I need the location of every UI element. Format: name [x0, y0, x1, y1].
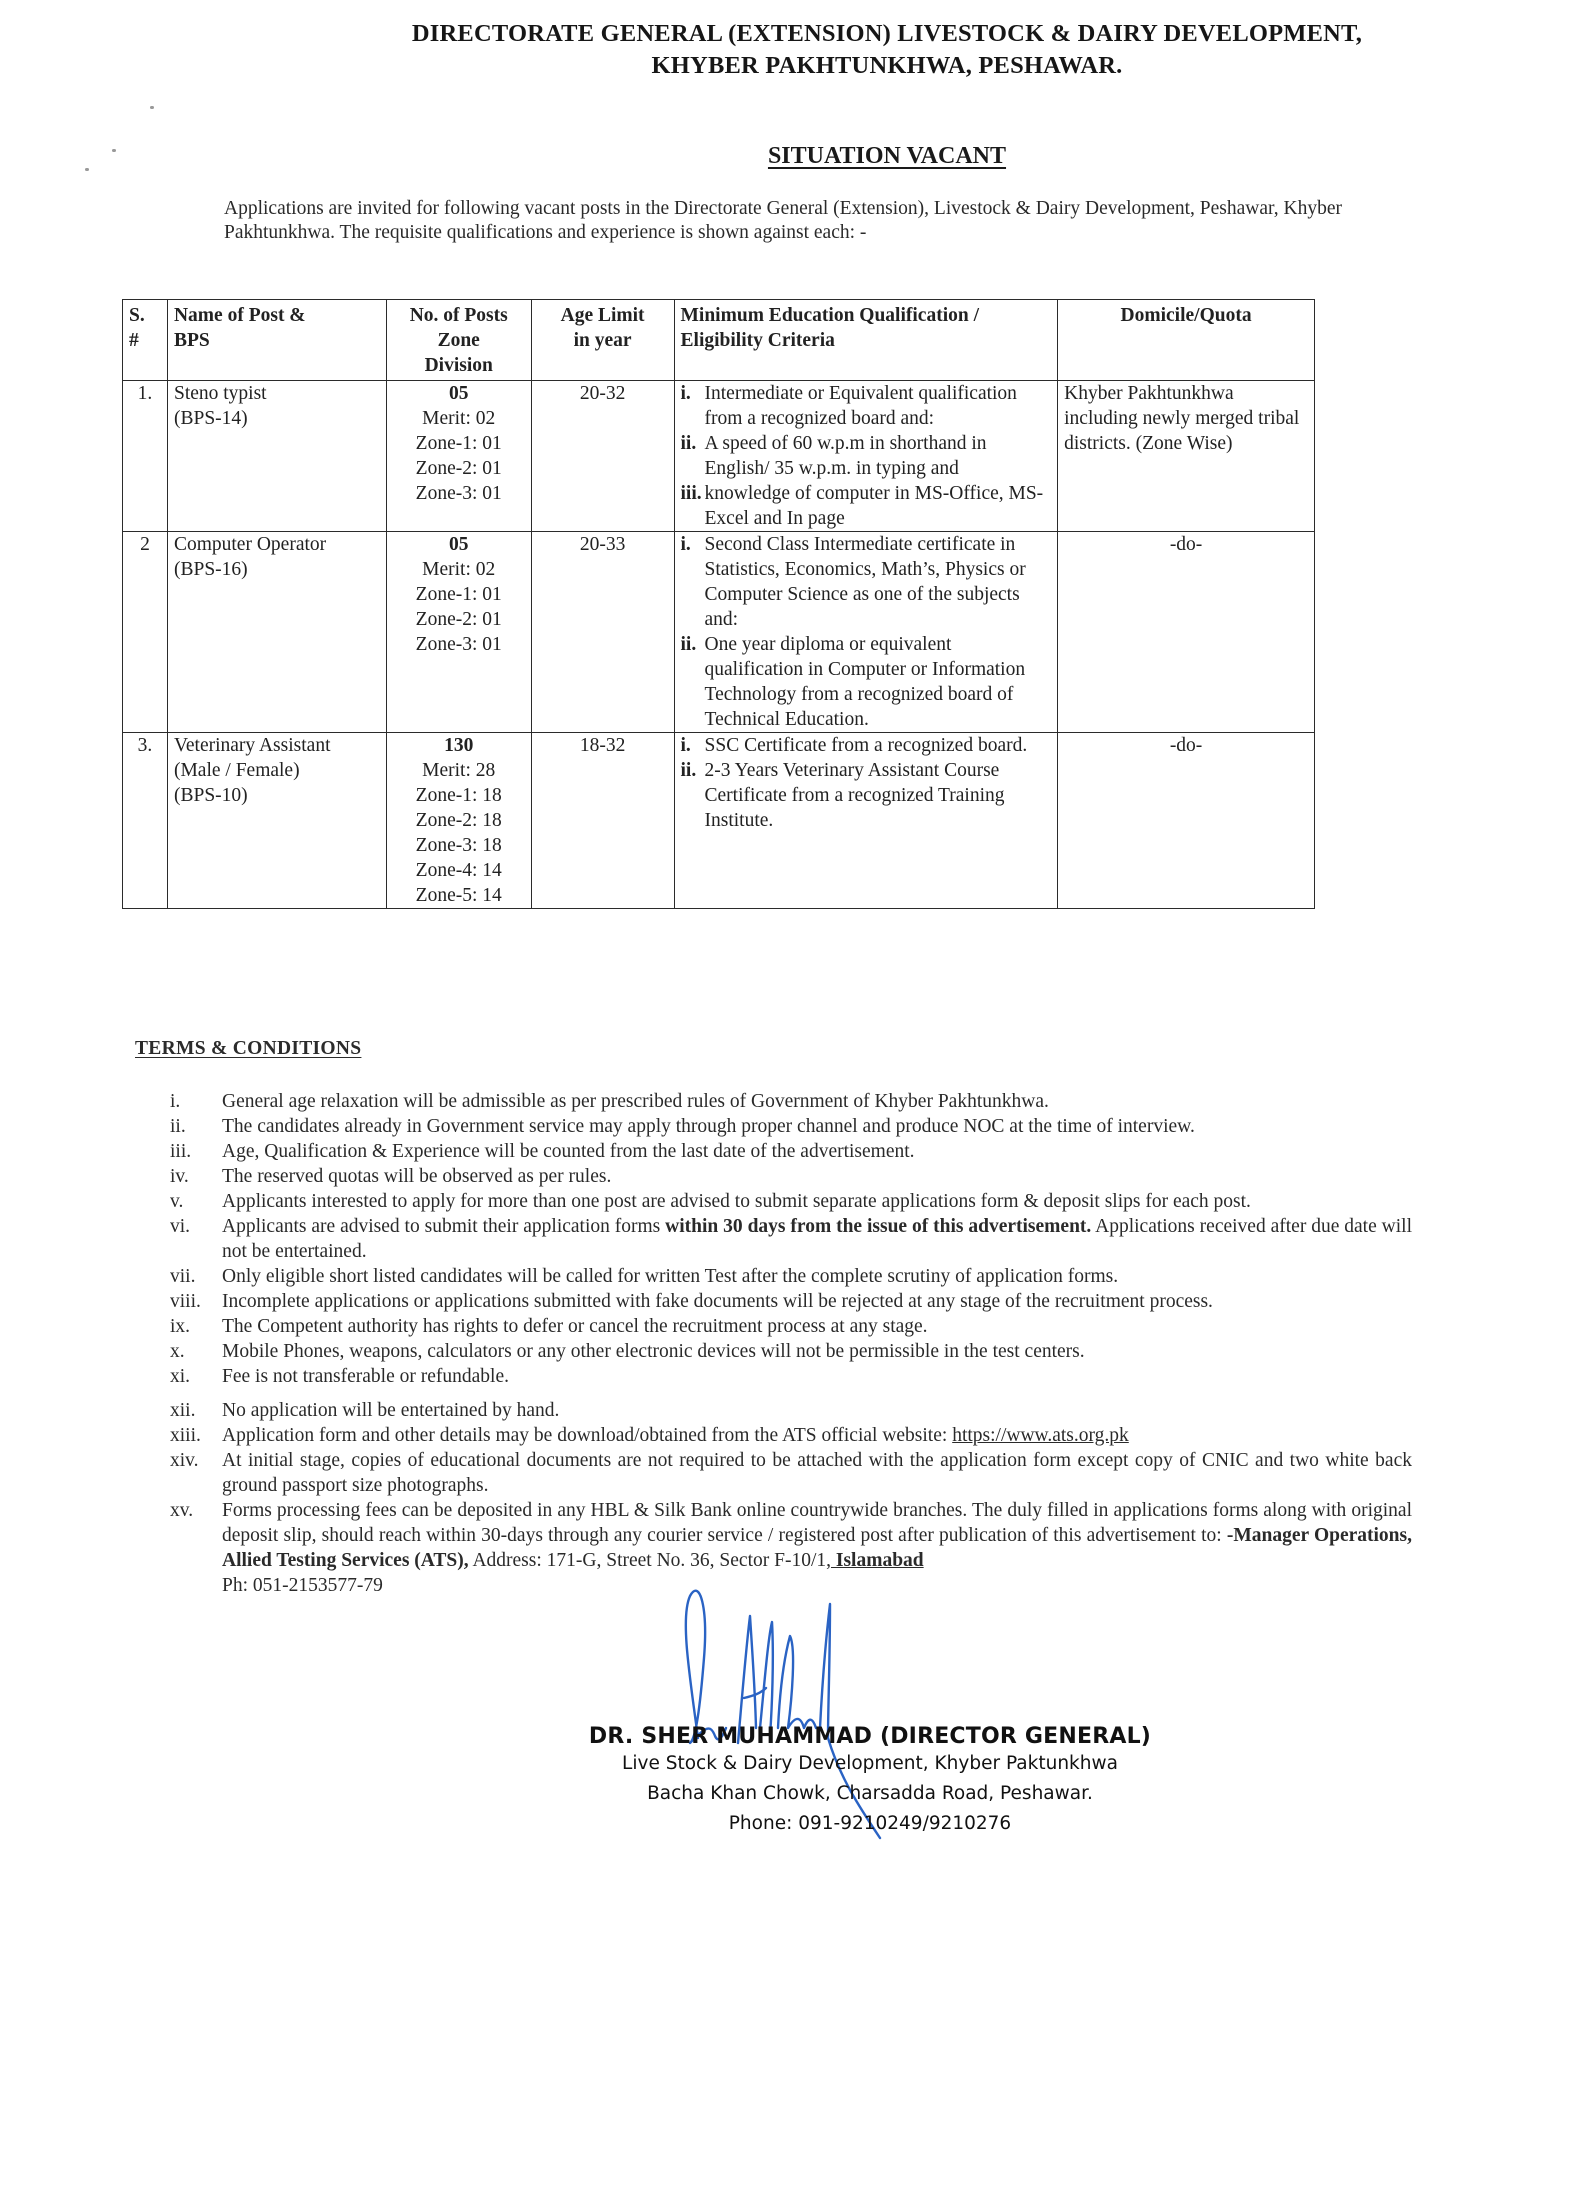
term-text-bold: within 30 days from the issue of this ad… — [665, 1216, 1091, 1237]
term-number: vi. — [170, 1214, 222, 1264]
education-criterion: i.SSC Certificate from a recognized boar… — [681, 733, 1052, 758]
term-text: The reserved quotas will be observed as … — [222, 1164, 1412, 1189]
header-post-name: Name of Post &BPS — [167, 300, 386, 381]
term-text-part: Age, Qualification & Experience will be … — [222, 1141, 915, 1162]
cell-domicile: -do- — [1058, 733, 1315, 909]
term-text-part: Only eligible short listed candidates wi… — [222, 1266, 1118, 1287]
term-number: xiv. — [170, 1448, 222, 1498]
cell-sno: 1. — [123, 381, 168, 532]
table-row: 3.Veterinary Assistant(Male / Female)(BP… — [123, 733, 1315, 909]
header-age-limit: Age Limitin year — [531, 300, 674, 381]
criterion-text: One year diploma or equivalent qualifica… — [705, 634, 1026, 730]
term-text: Fee is not transferable or refundable. — [222, 1364, 1412, 1389]
term-text: At initial stage, copies of educational … — [222, 1448, 1412, 1498]
term-item: xiii.Application form and other details … — [170, 1423, 1412, 1448]
term-text: Applicants are advised to submit their a… — [222, 1214, 1412, 1264]
page-title: SITUATION VACANT — [90, 143, 1594, 170]
post-name-line: Computer Operator — [174, 532, 380, 557]
organization-title: DIRECTORATE GENERAL (EXTENSION) LIVESTOC… — [90, 20, 1594, 48]
signatory-phone: Phone: 091-9210249/9210276 — [560, 1809, 1180, 1839]
cell-posts: 05Merit: 02Zone-1: 01Zone-2: 01Zone-3: 0… — [386, 532, 531, 733]
criterion-text: 2-3 Years Veterinary Assistant Course Ce… — [705, 760, 1005, 831]
scan-speck — [150, 106, 154, 109]
criterion-text: A speed of 60 w.p.m in shorthand in Engl… — [705, 433, 987, 479]
cell-sno: 2 — [123, 532, 168, 733]
header-posts: No. of PostsZoneDivision — [386, 300, 531, 381]
term-number: vii. — [170, 1264, 222, 1289]
cell-domicile: -do- — [1058, 532, 1315, 733]
criterion-number: ii. — [681, 632, 705, 657]
posts-breakdown-line: Zone-2: 18 — [393, 808, 525, 833]
situation-vacant-heading: SITUATION VACANT — [768, 143, 1006, 169]
education-criterion: ii.One year diploma or equivalent qualif… — [681, 632, 1052, 732]
post-name-line: (Male / Female) — [174, 758, 380, 783]
signatory-department: Live Stock & Dairy Development, Khyber P… — [560, 1749, 1180, 1779]
term-number: i. — [170, 1089, 222, 1114]
term-number: ii. — [170, 1114, 222, 1139]
term-text-part: At initial stage, copies of educational … — [222, 1450, 1412, 1496]
education-criterion: ii.A speed of 60 w.p.m in shorthand in E… — [681, 431, 1052, 481]
criterion-text: Intermediate or Equivalent qualification… — [705, 383, 1017, 429]
signatory-name: DR. SHER MUHAMMAD (DIRECTOR GENERAL) — [560, 1724, 1180, 1749]
term-number: v. — [170, 1189, 222, 1214]
term-item: xi.Fee is not transferable or refundable… — [170, 1364, 1412, 1389]
term-item: i.General age relaxation will be admissi… — [170, 1089, 1412, 1114]
posts-breakdown-line: Zone-3: 01 — [393, 632, 525, 657]
header-education: Minimum Education Qualification /Eligibi… — [674, 300, 1058, 381]
cell-domicile: Khyber Pakhtunkhwa including newly merge… — [1058, 381, 1315, 532]
term-text-part: The reserved quotas will be observed as … — [222, 1166, 611, 1187]
term-text: No application will be entertained by ha… — [222, 1398, 1412, 1423]
term-text-part: The Competent authority has rights to de… — [222, 1316, 928, 1337]
posts-breakdown-line: Merit: 02 — [393, 406, 525, 431]
criterion-text: Second Class Intermediate certificate in… — [705, 534, 1026, 630]
posts-breakdown-line: Zone-4: 14 — [393, 858, 525, 883]
term-text: Only eligible short listed candidates wi… — [222, 1264, 1412, 1289]
post-name-line: Steno typist — [174, 381, 380, 406]
term-text: Incomplete applications or applications … — [222, 1289, 1412, 1314]
table-row: 1.Steno typist(BPS-14)05Merit: 02Zone-1:… — [123, 381, 1315, 532]
post-name-line: (BPS-10) — [174, 783, 380, 808]
criterion-text: SSC Certificate from a recognized board. — [705, 735, 1028, 756]
term-text-part: Address: 171-G, Street No. 36, Sector F-… — [469, 1550, 831, 1571]
cell-age-limit: 20-32 — [531, 381, 674, 532]
term-item: iv.The reserved quotas will be observed … — [170, 1164, 1412, 1189]
term-text-part: Fee is not transferable or refundable. — [222, 1366, 509, 1387]
criterion-text: knowledge of computer in MS-Office, MS-E… — [705, 483, 1044, 529]
scan-speck — [85, 168, 89, 171]
cell-post-name: Computer Operator(BPS-16) — [167, 532, 386, 733]
term-item: xii.No application will be entertained b… — [170, 1398, 1412, 1423]
header-sno: S.# — [123, 300, 168, 381]
cell-age-limit: 20-33 — [531, 532, 674, 733]
term-text: Application form and other details may b… — [222, 1423, 1412, 1448]
terms-list: i.General age relaxation will be admissi… — [170, 1089, 1412, 1598]
term-number: xi. — [170, 1364, 222, 1389]
term-item: viii.Incomplete applications or applicat… — [170, 1289, 1412, 1314]
term-item: vi.Applicants are advised to submit thei… — [170, 1214, 1412, 1264]
term-number: x. — [170, 1339, 222, 1364]
term-number: viii. — [170, 1289, 222, 1314]
posts-breakdown-line: Merit: 28 — [393, 758, 525, 783]
cell-posts: 130Merit: 28Zone-1: 18Zone-2: 18Zone-3: … — [386, 733, 531, 909]
posts-breakdown-line: Zone-2: 01 — [393, 607, 525, 632]
cell-age-limit: 18-32 — [531, 733, 674, 909]
criterion-number: i. — [681, 733, 705, 758]
header-domicile: Domicile/Quota — [1058, 300, 1315, 381]
posts-breakdown-line: Zone-2: 01 — [393, 456, 525, 481]
posts-total: 05 — [393, 532, 525, 557]
term-text-part: General age relaxation will be admissibl… — [222, 1091, 1049, 1112]
vacancy-table: S.# Name of Post &BPS No. of PostsZoneDi… — [122, 299, 1315, 909]
term-number: xii. — [170, 1398, 222, 1423]
education-criterion: i.Intermediate or Equivalent qualificati… — [681, 381, 1052, 431]
term-number: xv. — [170, 1498, 222, 1598]
cell-education: i.Intermediate or Equivalent qualificati… — [674, 381, 1058, 532]
spacer — [170, 1389, 1412, 1398]
term-text: Applicants interested to apply for more … — [222, 1189, 1412, 1214]
posts-breakdown-line: Zone-3: 01 — [393, 481, 525, 506]
term-text-part: Application form and other details may b… — [222, 1425, 952, 1446]
posts-breakdown-line: Zone-1: 01 — [393, 582, 525, 607]
criterion-number: iii. — [681, 481, 705, 506]
cell-sno: 3. — [123, 733, 168, 909]
term-text-part: The candidates already in Government ser… — [222, 1116, 1195, 1137]
term-text: General age relaxation will be admissibl… — [222, 1089, 1412, 1114]
term-text-part: Mobile Phones, weapons, calculators or a… — [222, 1341, 1085, 1362]
term-text: The Competent authority has rights to de… — [222, 1314, 1412, 1339]
post-name-line: (BPS-16) — [174, 557, 380, 582]
ats-website-link[interactable]: https://www.ats.org.pk — [952, 1425, 1129, 1446]
criterion-number: ii. — [681, 758, 705, 783]
cell-post-name: Steno typist(BPS-14) — [167, 381, 386, 532]
term-item: iii.Age, Qualification & Experience will… — [170, 1139, 1412, 1164]
term-number: iv. — [170, 1164, 222, 1189]
term-text-underline: Islamabad — [831, 1550, 924, 1571]
posts-breakdown-line: Zone-5: 14 — [393, 883, 525, 908]
post-name-line: Veterinary Assistant — [174, 733, 380, 758]
term-item: v.Applicants interested to apply for mor… — [170, 1189, 1412, 1214]
signatory-address: Bacha Khan Chowk, Charsadda Road, Peshaw… — [560, 1779, 1180, 1809]
term-item: xiv.At initial stage, copies of educatio… — [170, 1448, 1412, 1498]
posts-breakdown-line: Zone-3: 18 — [393, 833, 525, 858]
table-row: 2Computer Operator(BPS-16)05Merit: 02Zon… — [123, 532, 1315, 733]
term-item: ii.The candidates already in Government … — [170, 1114, 1412, 1139]
posts-breakdown-line: Zone-1: 01 — [393, 431, 525, 456]
criterion-number: i. — [681, 532, 705, 557]
organization-location: KHYBER PAKHTUNKHWA, PESHAWAR. — [90, 52, 1594, 80]
table-header-row: S.# Name of Post &BPS No. of PostsZoneDi… — [123, 300, 1315, 381]
term-text-part: No application will be entertained by ha… — [222, 1400, 559, 1421]
terms-heading: TERMS & CONDITIONS — [135, 1038, 361, 1060]
term-text: Age, Qualification & Experience will be … — [222, 1139, 1412, 1164]
signature-block: DR. SHER MUHAMMAD (DIRECTOR GENERAL) Liv… — [560, 1724, 1180, 1839]
cell-education: i.Second Class Intermediate certificate … — [674, 532, 1058, 733]
posts-breakdown-line: Merit: 02 — [393, 557, 525, 582]
term-text-part: Applicants interested to apply for more … — [222, 1191, 1251, 1212]
education-criterion: i.Second Class Intermediate certificate … — [681, 532, 1052, 632]
intro-paragraph: Applications are invited for following v… — [224, 197, 1344, 245]
term-text: The candidates already in Government ser… — [222, 1114, 1412, 1139]
education-criterion: iii.knowledge of computer in MS-Office, … — [681, 481, 1052, 531]
ats-phone: Ph: 051-2153577-79 — [222, 1575, 383, 1596]
posts-breakdown-line: Zone-1: 18 — [393, 783, 525, 808]
criterion-number: i. — [681, 381, 705, 406]
term-text-part: Incomplete applications or applications … — [222, 1291, 1213, 1312]
term-item: vii.Only eligible short listed candidate… — [170, 1264, 1412, 1289]
posts-total: 130 — [393, 733, 525, 758]
term-number: iii. — [170, 1139, 222, 1164]
criterion-number: ii. — [681, 431, 705, 456]
post-name-line: (BPS-14) — [174, 406, 380, 431]
term-number: xiii. — [170, 1423, 222, 1448]
term-text: Mobile Phones, weapons, calculators or a… — [222, 1339, 1412, 1364]
education-criterion: ii.2-3 Years Veterinary Assistant Course… — [681, 758, 1052, 833]
cell-post-name: Veterinary Assistant(Male / Female)(BPS-… — [167, 733, 386, 909]
posts-total: 05 — [393, 381, 525, 406]
term-item: ix.The Competent authority has rights to… — [170, 1314, 1412, 1339]
term-item: x.Mobile Phones, weapons, calculators or… — [170, 1339, 1412, 1364]
cell-education: i.SSC Certificate from a recognized boar… — [674, 733, 1058, 909]
term-text-part: Applicants are advised to submit their a… — [222, 1216, 665, 1237]
cell-posts: 05Merit: 02Zone-1: 01Zone-2: 01Zone-3: 0… — [386, 381, 531, 532]
term-number: ix. — [170, 1314, 222, 1339]
